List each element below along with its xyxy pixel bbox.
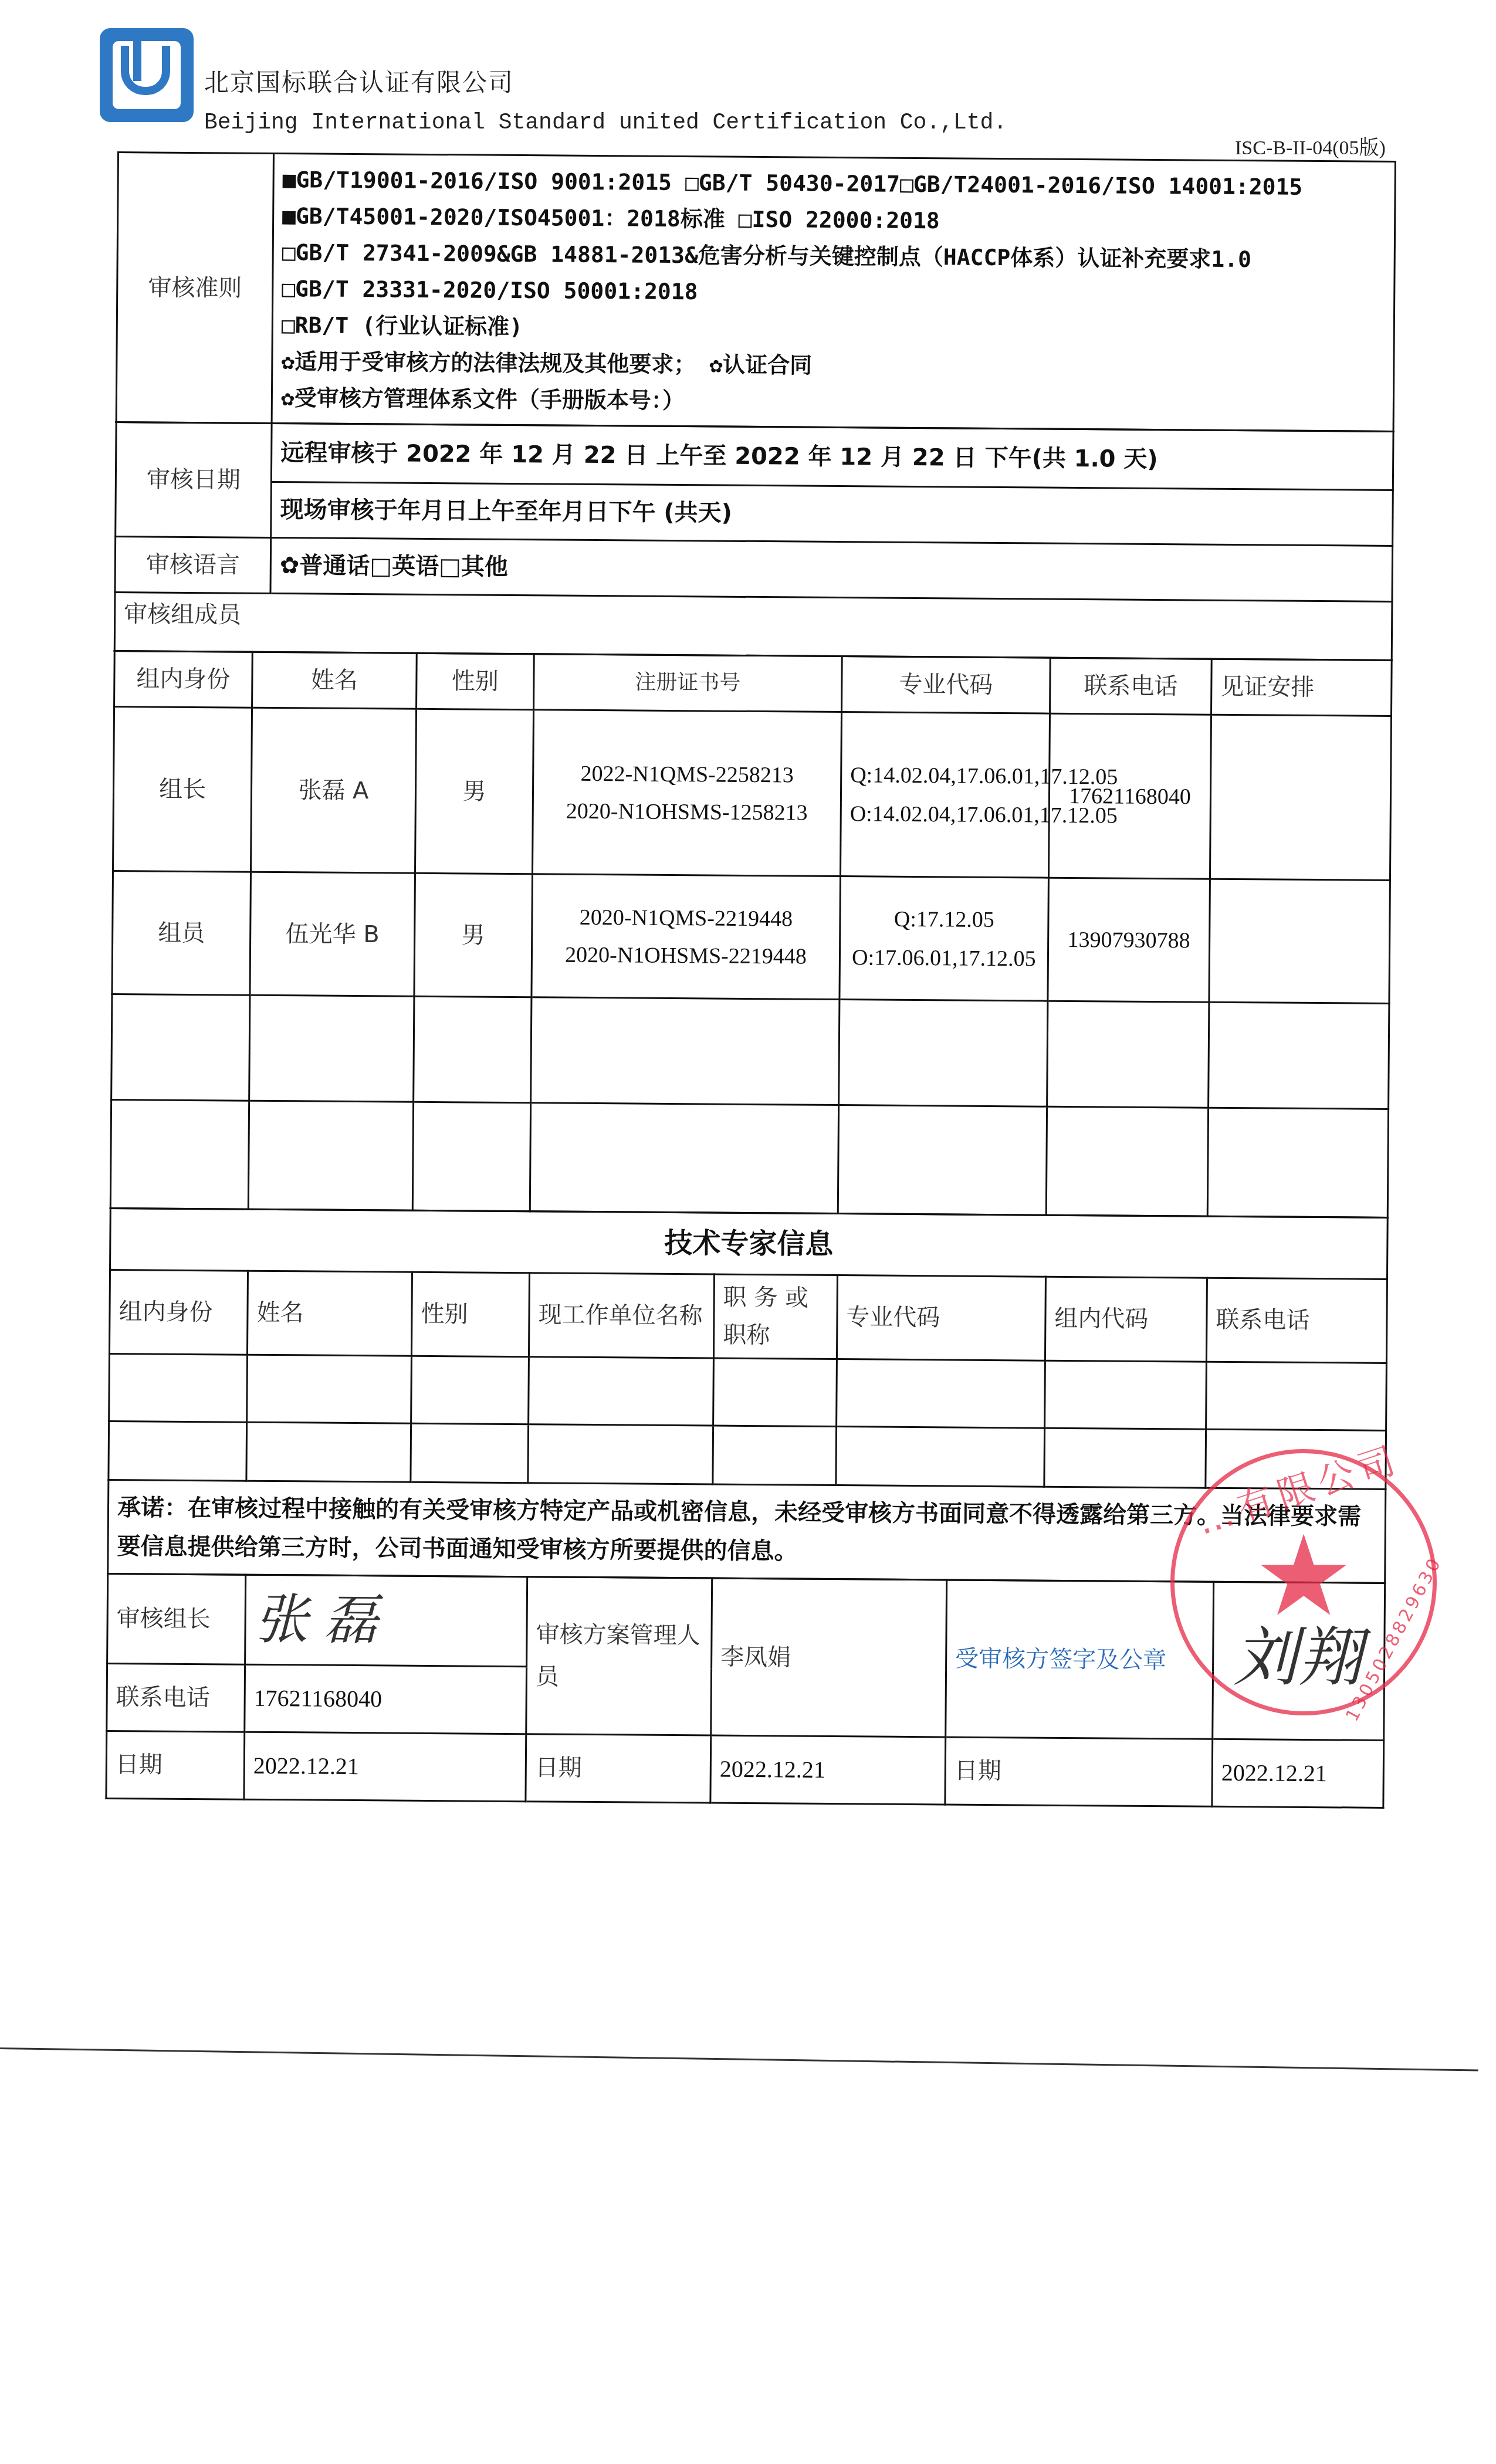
row-gender[interactable]: 男 <box>415 709 533 874</box>
experts-table-header: 组内身份 姓名 性别 现工作单位名称 职 务 或职称 专业代码 组内代码 联系电… <box>109 1270 1387 1363</box>
letterhead: 北京国标联合认证有限公司 Beijing International Stand… <box>100 28 1390 145</box>
table-row-empty <box>110 1099 1388 1217</box>
col-role: 组内身份 <box>114 651 253 708</box>
empty-cell[interactable] <box>713 1358 837 1427</box>
document-code: ISC-B-II-04(05版) <box>1235 131 1386 160</box>
row-gender[interactable]: 男 <box>414 873 533 997</box>
col-phone: 联系电话 <box>1050 658 1212 715</box>
table-row-empty <box>111 994 1389 1109</box>
col-workplace: 现工作单位名称 <box>529 1273 714 1358</box>
col-name: 姓名 <box>247 1271 412 1356</box>
team-table: 组内身份 姓名 性别 注册证书号 专业代码 联系电话 见证安排 组长 张磊 A … <box>110 650 1393 1219</box>
empty-cell[interactable] <box>110 1099 249 1209</box>
auditee-signature-label: 受审核方签字及公章 <box>946 1580 1214 1739</box>
audit-plan-form: 审核准则 ■GB/T19001-2016/ISO 9001:2015 □GB/T… <box>105 151 1396 1809</box>
bisc-logo-icon <box>100 28 194 122</box>
empty-cell[interactable] <box>1207 1108 1388 1217</box>
team-members-label: 审核组成员 <box>114 592 1392 660</box>
company-name-en: Beijing International Standard united Ce… <box>204 110 1007 136</box>
leader-signature[interactable]: 张磊 <box>245 1575 527 1667</box>
col-phone: 联系电话 <box>1206 1278 1387 1363</box>
confidentiality-pledge: 承诺：在审核过程中接触的有关受审核方特定产品或机密信息，未经受审核方书面同意不得… <box>108 1480 1386 1583</box>
experts-title: 技术专家信息 <box>110 1208 1388 1279</box>
col-witness: 见证安排 <box>1211 659 1392 716</box>
row-name[interactable]: 张磊 A <box>251 708 417 873</box>
empty-cell[interactable] <box>838 1105 1047 1216</box>
col-specialty-code: 专业代码 <box>837 1275 1045 1361</box>
audit-date-label: 审核日期 <box>116 422 272 537</box>
auditee-signature-seal[interactable] <box>1213 1582 1385 1740</box>
audit-language-options[interactable]: ✿普通话□英语□其他 <box>270 537 1393 601</box>
col-specialty-code: 专业代码 <box>842 656 1051 714</box>
col-gender: 性别 <box>411 1272 529 1356</box>
cert-qms: 2020-N1QMS-2219448 <box>541 898 831 938</box>
empty-cell[interactable] <box>1047 1001 1209 1108</box>
empty-cell[interactable] <box>713 1426 837 1485</box>
manager-label: 审核方案管理人员 <box>526 1577 712 1735</box>
table-row-empty <box>109 1421 1386 1489</box>
page-edge-line <box>0 2047 1478 2071</box>
row-specialty-code[interactable]: Q:14.02.04,17.06.01,17.12.05 O:14.02.04,… <box>840 712 1050 878</box>
signoff-table: 审核组长 张磊 审核方案管理人员 李凤娟 受审核方签字及公章 联系电话 1762… <box>105 1573 1386 1809</box>
cert-ohsms: 2020-N1OHSMS-2219448 <box>541 936 831 976</box>
empty-cell[interactable] <box>1045 1360 1207 1429</box>
col-gender: 性别 <box>417 653 534 709</box>
company-name-cn: 北京国标联合认证有限公司 <box>204 63 514 99</box>
phone-label: 联系电话 <box>107 1663 245 1732</box>
empty-cell[interactable] <box>247 1355 412 1423</box>
row-cert-numbers[interactable]: 2020-N1QMS-2219448 2020-N1OHSMS-2219448 <box>532 874 841 1000</box>
empty-cell[interactable] <box>1044 1428 1206 1488</box>
criteria-content: ■GB/T19001-2016/ISO 9001:2015 □GB/T 5043… <box>272 153 1395 431</box>
empty-cell[interactable] <box>412 1102 530 1211</box>
empty-cell[interactable] <box>248 1101 413 1210</box>
manager-date-label: 日期 <box>526 1734 711 1803</box>
empty-cell[interactable] <box>839 1000 1048 1107</box>
row-specialty-code[interactable]: Q:17.12.05 O:17.06.01,17.12.05 <box>840 876 1049 1001</box>
cert-qms: 2022-N1QMS-2258213 <box>542 754 832 794</box>
auditee-date-label: 日期 <box>945 1737 1213 1806</box>
empty-cell[interactable] <box>1206 1362 1387 1430</box>
row-name[interactable]: 伍光华 B <box>250 872 415 996</box>
leader-phone[interactable]: 17621168040 <box>245 1664 527 1734</box>
row-phone[interactable]: 13907930788 <box>1048 878 1210 1002</box>
table-row: 组员 伍光华 B 男 2020-N1QMS-2219448 2020-N1OHS… <box>112 871 1390 1003</box>
table-row: 组长 张磊 A 男 2022-N1QMS-2258213 2020-N1OHSM… <box>113 706 1392 880</box>
leader-date-label: 日期 <box>106 1731 245 1799</box>
col-title: 职 务 或职称 <box>713 1274 837 1359</box>
leader-date[interactable]: 2022.12.21 <box>244 1732 526 1802</box>
empty-cell[interactable] <box>528 1424 713 1484</box>
col-role: 组内身份 <box>109 1270 248 1355</box>
onsite-audit-date[interactable]: 现场审核于年月日上午至年月日下午 (共天) <box>271 482 1393 546</box>
row-witness[interactable] <box>1209 879 1390 1003</box>
col-name: 姓名 <box>252 652 417 709</box>
empty-cell[interactable] <box>246 1422 411 1482</box>
empty-cell[interactable] <box>836 1427 1045 1487</box>
empty-cell[interactable] <box>249 995 414 1102</box>
manager-name[interactable]: 李凤娟 <box>711 1578 947 1737</box>
remote-audit-date[interactable]: 远程审核于 2022 年 12 月 22 日 上午至 2022 年 12 月 2… <box>271 423 1393 490</box>
experts-table: 技术专家信息 组内身份 姓名 性别 现工作单位名称 职 务 或职称 专业代码 组… <box>107 1207 1389 1584</box>
team-table-header: 组内身份 姓名 性别 注册证书号 专业代码 联系电话 见证安排 <box>114 651 1392 716</box>
row-role[interactable]: 组员 <box>112 871 251 995</box>
empty-cell[interactable] <box>1046 1106 1208 1216</box>
criteria-line-7[interactable]: ✿受审核方管理体系文件（手册版本号：） <box>281 380 1385 424</box>
empty-cell[interactable] <box>529 1357 714 1426</box>
empty-cell[interactable] <box>111 994 250 1101</box>
empty-cell[interactable] <box>837 1359 1045 1429</box>
empty-cell[interactable] <box>1206 1429 1386 1489</box>
row-cert-numbers[interactable]: 2022-N1QMS-2258213 2020-N1OHSMS-1258213 <box>532 710 841 876</box>
empty-cell[interactable] <box>109 1353 248 1422</box>
row-phone[interactable]: 17621168040 <box>1048 713 1211 879</box>
cert-ohsms: 2020-N1OHSMS-1258213 <box>542 792 832 832</box>
empty-cell[interactable] <box>530 1103 838 1214</box>
criteria-label: 审核准则 <box>116 153 273 424</box>
empty-cell[interactable] <box>411 1356 529 1424</box>
col-cert-no: 注册证书号 <box>534 654 842 712</box>
empty-cell[interactable] <box>1209 1002 1389 1109</box>
row-witness[interactable] <box>1210 715 1391 880</box>
empty-cell[interactable] <box>411 1423 529 1483</box>
empty-cell[interactable] <box>109 1421 247 1481</box>
auditee-date[interactable]: 2022.12.21 <box>1212 1739 1384 1808</box>
audit-info-table: 审核准则 ■GB/T19001-2016/ISO 9001:2015 □GB/T… <box>116 151 1396 432</box>
empty-cell[interactable] <box>414 996 532 1102</box>
audit-language-label: 审核语言 <box>115 536 271 593</box>
row-role[interactable]: 组长 <box>113 706 252 872</box>
col-group-code: 组内代码 <box>1045 1277 1207 1362</box>
empty-cell[interactable] <box>531 997 840 1105</box>
table-row-empty <box>109 1353 1387 1430</box>
audit-date-table: 审核日期 远程审核于 2022 年 12 月 22 日 上午至 2022 年 1… <box>114 421 1395 661</box>
manager-date[interactable]: 2022.12.21 <box>710 1735 946 1805</box>
leader-label: 审核组长 <box>107 1573 246 1664</box>
